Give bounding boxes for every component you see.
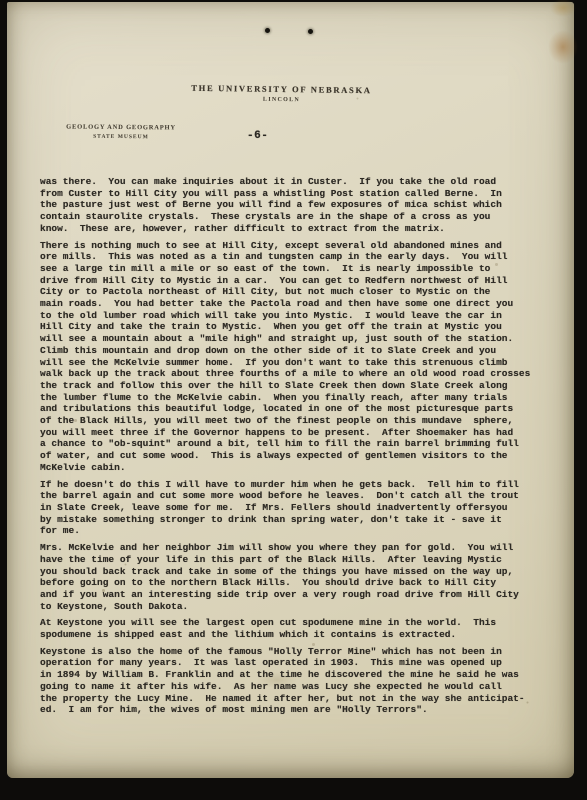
paragraph-2: There is nothing much to see at Hill Cit… [40, 240, 546, 474]
letterhead: THE UNIVERSITY OF NEBRASKA LINCOLN [0, 84, 565, 103]
paragraph-1: was there. You can make inquiries about … [40, 176, 546, 235]
paper-stain-right-edge [548, 30, 578, 64]
staple-mark-right [308, 29, 313, 34]
paper-stain-top-right-corner [550, 0, 576, 17]
paragraph-5: At Keystone you will see the largest ope… [40, 617, 546, 640]
paragraph-3: If he doesn't do this I will have to mur… [40, 479, 546, 538]
paper-specks [7, 2, 8, 3]
document-page: THE UNIVERSITY OF NEBRASKA LINCOLN GEOLO… [7, 2, 574, 778]
scanned-page: THE UNIVERSITY OF NEBRASKA LINCOLN GEOLO… [0, 0, 587, 800]
paragraph-4: Mrs. McKelvie and her neighbor Jim will … [40, 542, 546, 612]
letterhead-division-name: STATE MUSEUM [63, 133, 179, 140]
letterhead-department-name: GEOLOGY AND GEOGRAPHY [63, 123, 179, 131]
staple-mark-left [265, 28, 270, 33]
letterhead-department-block: GEOLOGY AND GEOGRAPHY STATE MUSEUM [63, 123, 179, 140]
paragraph-6: Keystone is also the home of the famous … [40, 646, 546, 716]
page-number: -6- [247, 130, 268, 142]
document-body: was there. You can make inquiries about … [40, 176, 546, 721]
